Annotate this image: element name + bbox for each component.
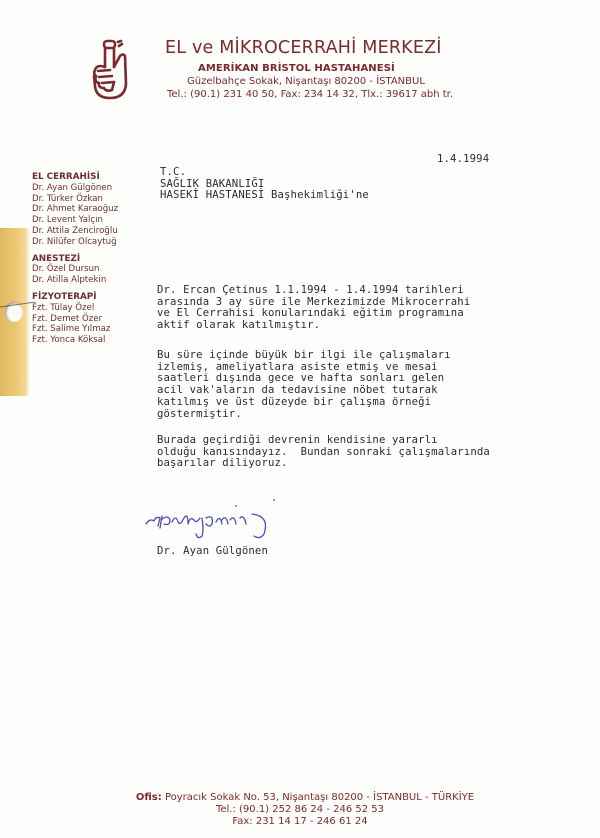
staff-member: Fzt. Salime Yılmaz — [32, 324, 118, 335]
staff-member: Fzt. Yonca Köksal — [32, 335, 118, 346]
staff-member: Fzt. Demet Özer — [32, 314, 118, 325]
office-label: Ofis: — [136, 792, 162, 803]
footer-office-line: Ofis: Poyracık Sokak No. 53, Nişantaşı 8… — [10, 792, 600, 804]
letterhead-address: Güzelbahçe Sokak, Nişantaşı 80200 - İSTA… — [187, 76, 425, 87]
staff-member: Dr. Attila Zenciroğlu — [32, 226, 118, 237]
staff-member: Dr. Türker Özkan — [32, 194, 118, 205]
staff-member: Fzt. Tülay Özel — [32, 303, 118, 314]
footer-address: Ofis: Poyracık Sokak No. 53, Nişantaşı 8… — [0, 792, 600, 829]
footer-fax: Fax: 231 14 17 - 246 61 24 — [0, 816, 600, 828]
staff-member: Dr. Levent Yalçın — [32, 215, 118, 226]
staff-member: Dr. Ahmet Karaoğuz — [32, 204, 118, 215]
recipient-line: HASEKİ HASTANESİ Başhekimliği'ne — [160, 190, 369, 202]
group-heading: EL CERRAHİSİ — [32, 172, 118, 183]
handwritten-signature-icon — [140, 496, 300, 546]
recipient-line: T.C. — [160, 167, 369, 179]
staff-member: Dr. Özel Dursun — [32, 264, 118, 275]
hospital-name: AMERİKAN BRİSTOL HASTAHANESİ — [198, 63, 395, 74]
letterhead-contact: Tel.: (90.1) 231 40 50, Fax: 234 14 32, … — [167, 89, 453, 100]
office-address: Poyracık Sokak No. 53, Nişantaşı 80200 -… — [165, 792, 474, 803]
hand-finger-logo-icon — [90, 36, 134, 102]
recipient-block: T.C. SAĞLIK BAKANLIĞI HASEKİ HASTANESİ B… — [160, 167, 369, 202]
staff-member: Dr. Atilla Alptekin — [32, 275, 118, 286]
body-paragraph-1: Dr. Ercan Çetinus 1.1.1994 - 1.4.1994 ta… — [157, 285, 470, 332]
staff-group-physiotherapy: FİZYOTERAPİ Fzt. Tülay Özel Fzt. Demet Ö… — [32, 292, 118, 346]
group-heading: FİZYOTERAPİ — [32, 292, 118, 303]
body-paragraph-3: Burada geçirdiği devrenin kendisine yara… — [157, 435, 490, 470]
signer-name: Dr. Ayan Gülgönen — [157, 545, 268, 557]
letter-date: 1.4.1994 — [437, 153, 489, 165]
staff-group-hand-surgery: EL CERRAHİSİ Dr. Ayan Gülgönen Dr. Türke… — [32, 172, 118, 248]
staff-member: Dr. Nilüfer Olcaytuğ — [32, 237, 118, 248]
staff-sidebar: EL CERRAHİSİ Dr. Ayan Gülgönen Dr. Türke… — [32, 172, 118, 352]
letter-page: EL ve MİKROCERRAHİ MERKEZİ AMERİKAN BRİS… — [0, 0, 600, 838]
body-paragraph-2: Bu süre içinde büyük bir ilgi ile çalışm… — [157, 350, 451, 420]
center-title: EL ve MİKROCERRAHİ MERKEZİ — [165, 38, 465, 58]
group-heading: ANESTEZİ — [32, 254, 118, 265]
footer-tel: Tel.: (90.1) 252 86 24 - 246 52 53 — [0, 804, 600, 816]
staff-member: Dr. Ayan Gülgönen — [32, 183, 118, 194]
staff-group-anesthesia: ANESTEZİ Dr. Özel Dursun Dr. Atilla Alpt… — [32, 254, 118, 286]
